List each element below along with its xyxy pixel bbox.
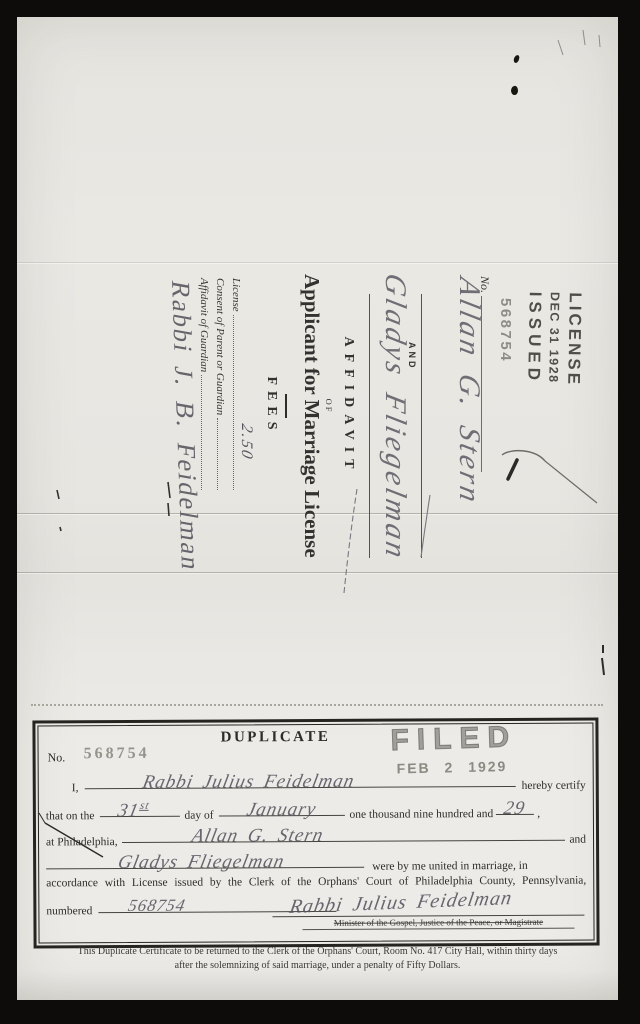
duplicate-certificate: DUPLICATE FILED No. 568754 I, Rabbi Juli… [32,718,599,949]
fee-amount-handwritten: 2.50 [237,422,255,462]
groom-handwritten: Allan G. Stern [189,825,325,848]
officiant-blank-line: Rabbi Julius Feidelman FEB 2 1929 [84,773,515,789]
footer-line-1: This Duplicate Certificate to be returne… [57,946,578,957]
groom-blank-line: Allan G. Stern [122,827,566,843]
groom-name-handwritten: Allan G. Stern [452,274,486,508]
day-handwritten: 31 [115,800,140,821]
place-label: at Philadelphia, [46,836,118,848]
affidavit-form-rotated: LICENSE DEC 31 1928 ISSUED 568754 No. Al… [150,272,590,712]
license-number-stamp: 568754 [497,298,514,363]
month-handwritten: January [244,799,318,821]
i-label: I, [72,782,79,794]
stamp-line-license: LICENSE [563,292,585,387]
day-suffix-handwritten: st [138,800,150,812]
rule-under-bride [369,294,370,558]
date-row-post: one thousand nine hundred and [349,808,493,821]
signature-line-label: Minister of the Gospel, Justice of the P… [302,917,574,930]
footer-line-2: after the solemnizing of said marriage, … [57,960,578,971]
date-row-comma: , [537,808,540,820]
stamp-line-date: DEC 31 1928 [546,292,562,387]
fold-line-top [17,262,618,263]
certify-row: I, Rabbi Julius Feidelman FEB 2 1929 her… [72,773,586,795]
day-blank-line: 31st [99,803,179,817]
fees-heading: FEES [263,274,279,538]
fee-leader-line [217,418,228,490]
scanned-paper: LICENSE DEC 31 1928 ISSUED 568754 No. Al… [17,17,618,1000]
officiant-handwritten: Rabbi Julius Feidelman [140,771,356,794]
month-blank-line: January [218,802,344,817]
filed-date-stamp: FEB 2 1929 [397,758,508,777]
date-row-pre: that on the [46,810,95,822]
cert-no-label: No. [48,750,66,765]
filed-stamp: FILED [390,720,518,758]
cert-number-stamp: 568754 [84,745,150,763]
rule-under-groom [421,294,422,558]
fees-divider-dash [285,394,287,418]
form-title: Applicant for Marriage License [299,274,324,538]
groom-row-post: and [569,834,586,846]
fee-label-guardian: Affidavit of Guardian [198,278,210,372]
ink-blot [513,54,520,63]
date-row-mid: day of [184,810,213,822]
fee-row-license: License 2.50 [230,278,244,490]
ink-blot [510,85,518,95]
bride-blank-line: Gladys Fliegelman [46,854,364,870]
stamp-line-issued: ISSUED [523,291,545,386]
groom-row: at Philadelphia, Allan G. Stern and [46,827,586,849]
fee-leader-line [233,315,244,490]
bride-row: Gladys Fliegelman were by me united in m… [46,853,586,875]
fee-label-license: License [230,278,242,312]
license-issued-stamp: LICENSE DEC 31 1928 ISSUED [523,291,585,387]
certify-label: hereby certify [522,780,586,792]
year-handwritten: 29 [502,798,528,820]
signature-block: Rabbi Julius Feidelman Minister of the G… [272,891,584,931]
fee-leader-line [201,375,212,490]
year-blank-line: 29 [496,801,534,815]
bride-row-post: were by me united in marriage, in [372,860,528,873]
of-label: OF [324,274,334,538]
fee-label-consent: Consent of Parent or Guardian [214,278,226,415]
bride-handwritten: Gladys Fliegelman [116,851,287,874]
bride-name-handwritten: Gladys Fliegelman [378,270,412,563]
license-number-handwritten: 568754 [126,896,187,916]
affidavit-heading: AFFIDAVIT [340,274,356,538]
date-row: that on the 31st day of January one thou… [46,801,586,823]
numbered-label: numbered [46,905,92,917]
fee-row-consent: Consent of Parent or Guardian [214,278,228,490]
